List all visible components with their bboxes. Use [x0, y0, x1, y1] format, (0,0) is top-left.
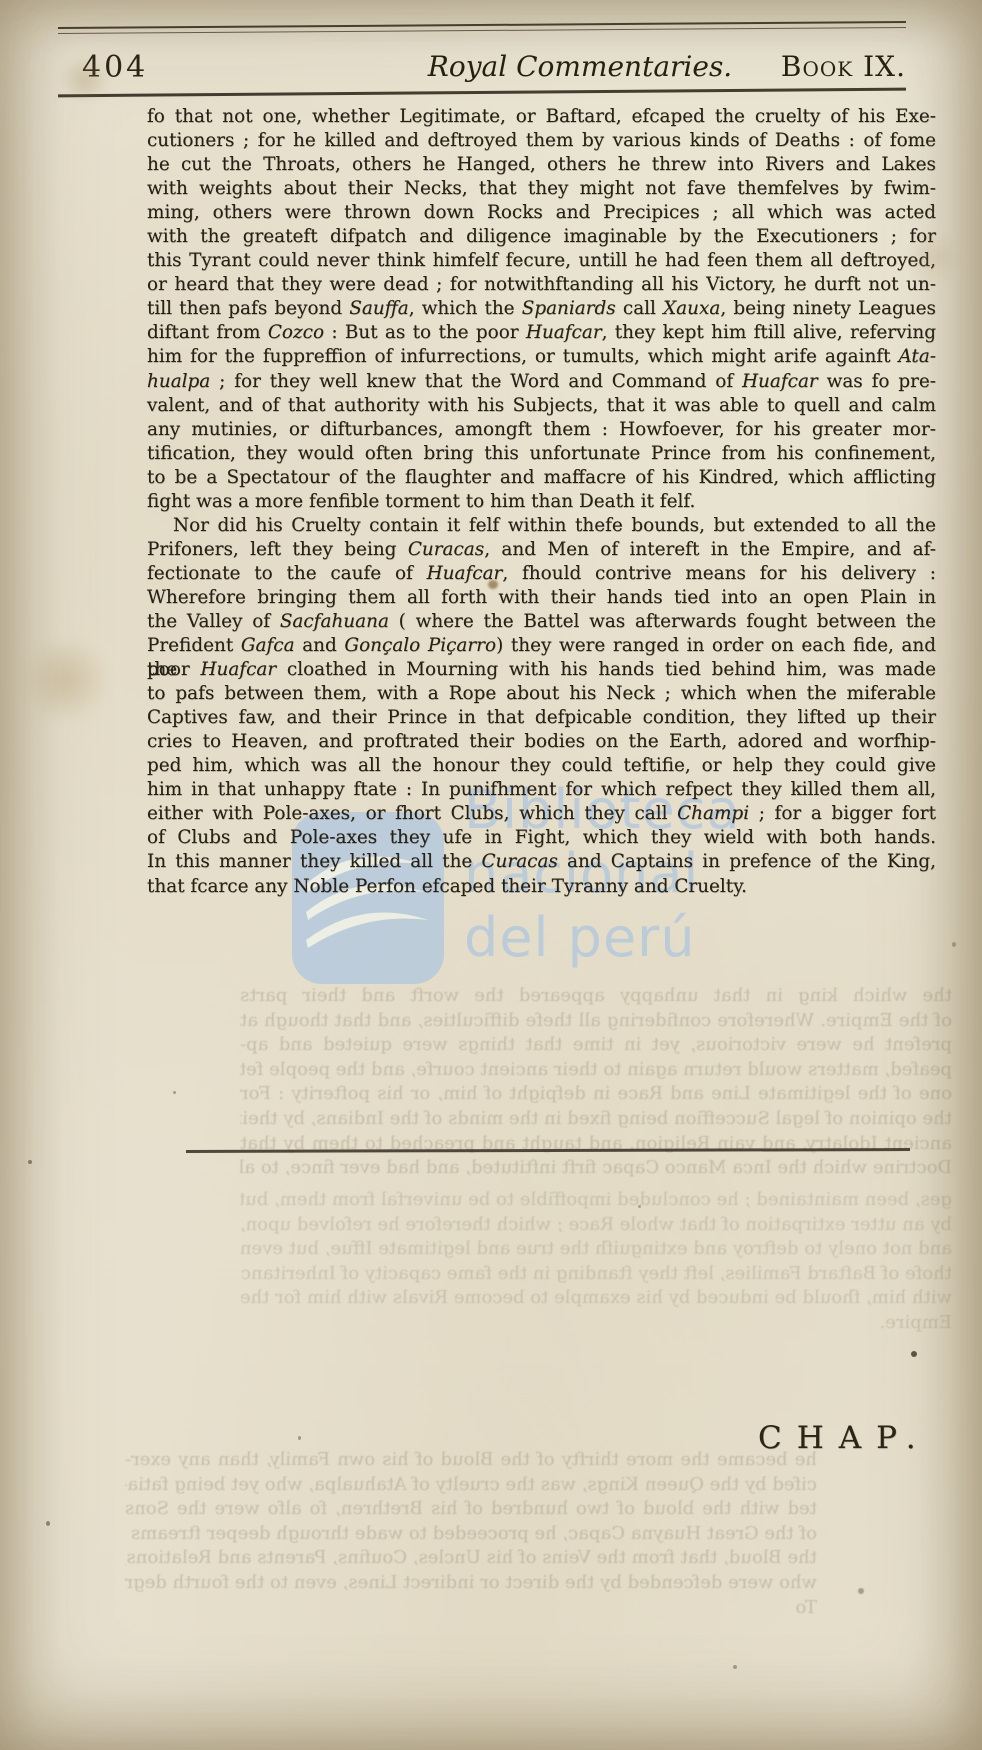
bleedthrough-line: cifed by the Queen Kings, was the cruelt… [125, 1473, 817, 1498]
text-line: of Clubs and Pole-axes they ufe in Fight… [147, 826, 936, 850]
text-line: either with Pole-axes, or fhort Clubs, w… [147, 802, 936, 826]
text-line: diftant from Cozco : But as to the poor … [147, 321, 936, 345]
bleedthrough-line: the Bloud, that from the Veins of his Un… [125, 1546, 817, 1571]
bleedthrough-line: one of the legitimate Line and Race in d… [240, 1082, 952, 1107]
bleedthrough-block: ges, been maintained ; he concluded impo… [240, 1188, 952, 1336]
text-line: till then pafs beyond Sauffa, which the … [147, 297, 936, 321]
header-top-rule-second [58, 27, 906, 34]
bleedthrough-line: he became the more thirfty of the Bloud … [125, 1448, 817, 1473]
bleedthrough-line: ges, been maintained ; he concluded impo… [240, 1188, 952, 1213]
text-line: he cut the Throats, others he Hanged, ot… [147, 153, 936, 177]
paper-speck [28, 1160, 32, 1164]
text-line: Prefident Gafca and Gonçalo Piçarro) the… [147, 634, 936, 658]
body-text: fo that not one, whether Legitimate, or … [147, 105, 936, 899]
text-line: cries to Heaven, and proftrated their bo… [147, 730, 936, 754]
text-line: him in that unhappy ftate : In punifhmen… [147, 778, 936, 802]
text-line: Nor did his Cruelty contain it felf with… [147, 514, 936, 538]
text-line: hualpa ; for they well knew that the Wor… [147, 370, 936, 394]
bleedthrough-line: ted with the bloud of two hundred of his… [125, 1497, 817, 1522]
paper-speck [911, 1351, 917, 1357]
book-number: Book IX. [781, 50, 906, 83]
bleedthrough-line: and not onely to deftroy and extinguifh … [240, 1237, 952, 1262]
bleedthrough-line: the opinion of legal Succeffion being fi… [240, 1107, 952, 1132]
text-line: ped him, which was all the honour they c… [147, 754, 936, 778]
scanned-book-page: { "page": { "number": "404", "title": "R… [0, 0, 982, 1750]
text-line: fectionate to the caufe of Huafcar, fhou… [147, 562, 936, 586]
text-line: ming, others were thrown down Rocks and … [147, 201, 936, 225]
text-line: this Tyrant could never think himfelf fe… [147, 249, 936, 273]
bleedthrough-line: peafed, matters would return again to th… [240, 1058, 952, 1083]
text-line: to be a Spectatour of the flaughter and … [147, 466, 936, 490]
paper-speck [298, 1436, 301, 1440]
text-line: fight was a more fenfible torment to him… [147, 490, 936, 514]
text-line: valent, and of that authority with his S… [147, 394, 936, 418]
paper-speck [858, 1588, 864, 1594]
bleedthrough-line: of the Empire. Wherefore confidering all… [240, 1009, 952, 1034]
text-line: with the greateft difpatch and diligence… [147, 225, 936, 249]
text-line: tification, they would often bring this … [147, 442, 936, 466]
text-line: him for the fuppreffion of infurrections… [147, 345, 936, 369]
bleedthrough-line: thofe of Baftard Families, left they fta… [240, 1262, 952, 1287]
paper-speck [46, 1521, 50, 1526]
page-number: 404 [82, 50, 148, 85]
bleedthrough-line: with him, fhould be induced by his examp… [240, 1286, 952, 1311]
bleedthrough-line: of the Great Huayna Capac, he proceeded … [125, 1522, 817, 1547]
text-line: Wherefore bringing them all forth with t… [147, 586, 936, 610]
text-line: the Valley of Sacfahuana ( where the Bat… [147, 610, 936, 634]
paper-stain [18, 640, 113, 720]
text-line: any mutinies, or difturbances, amongft t… [147, 418, 936, 442]
text-line: with weights about their Necks, that the… [147, 177, 936, 201]
text-line: poor Huafcar cloathed in Mourning with h… [147, 658, 936, 682]
text-line: to pafs between them, with a Rope about … [147, 682, 936, 706]
text-line: or heard that they were dead ; for notwi… [147, 273, 936, 297]
text-line: Captives faw, and their Prince in that d… [147, 706, 936, 730]
text-line: cutioners ; for he killed and deftroyed … [147, 129, 936, 153]
paper-speck [952, 942, 956, 947]
watermark-text-line: del perú [464, 906, 696, 969]
bleedthrough-line: ancient Idolatry, and vain Religion, and… [240, 1132, 952, 1157]
text-line: that fcarce any Noble Perfon efcaped the… [147, 875, 936, 899]
paper-speck [733, 1665, 737, 1669]
bleedthrough-line: by an utter extirpation of that whole Ra… [240, 1213, 952, 1238]
bleedthrough-line: who were defcended by the direct or indi… [125, 1571, 817, 1596]
text-line: Prifoners, left they being Curacas, and … [147, 538, 936, 562]
bleedthrough-line: Empire. [240, 1311, 952, 1336]
bleedthrough-line: Doctrine which the Inca Manco Capac firf… [240, 1156, 952, 1181]
text-line: fo that not one, whether Legitimate, or … [147, 105, 936, 129]
catchword: CHAP. [758, 1420, 931, 1456]
bleedthrough-line: To [125, 1596, 817, 1621]
header-bottom-rule [58, 88, 906, 97]
text-line: In this manner they killed all the Curac… [147, 850, 936, 874]
bleedthrough-block: he became the more thirfty of the Bloud … [125, 1448, 817, 1620]
running-title: Royal Commentaries. [428, 50, 732, 83]
bleedthrough-line: prefent he were victorious, yet in time … [240, 1033, 952, 1058]
paper-speck [173, 1091, 176, 1094]
